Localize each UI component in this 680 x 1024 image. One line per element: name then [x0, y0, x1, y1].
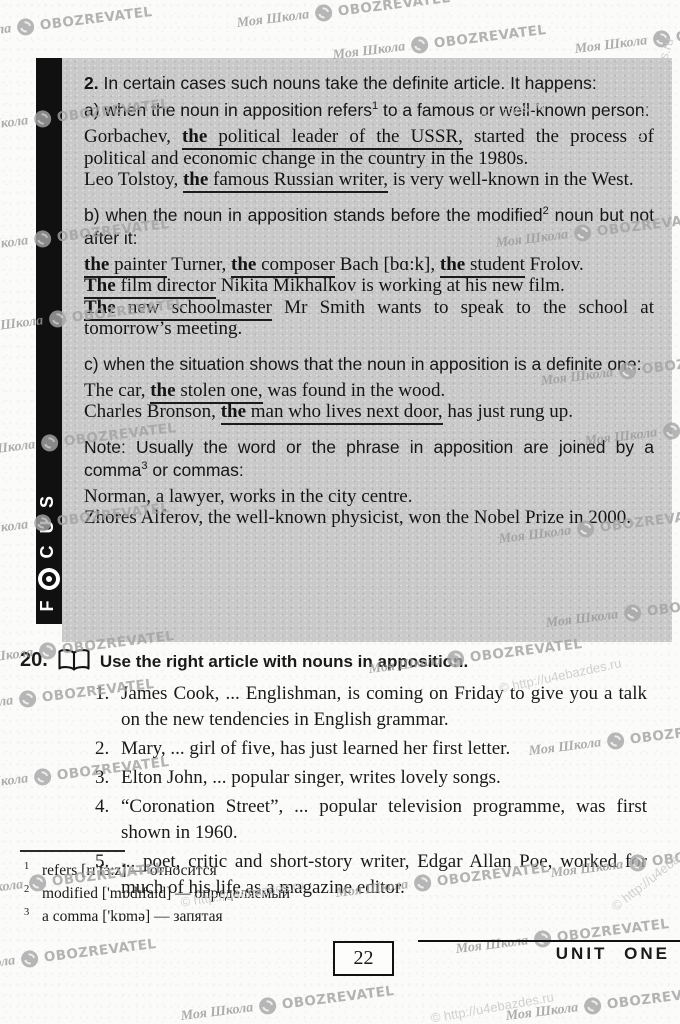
- underlined-apposition: famous Russian writer,: [208, 169, 388, 193]
- watermark-brand-text: OBOZREVATEL: [433, 21, 547, 51]
- obozrevatel-watermark: Моя ШколаOBOZREVATEL: [236, 0, 451, 32]
- focus-paragraph: Charles Bronson, the man who lives next …: [84, 401, 654, 423]
- footnote-list: 1refers [rɪ'fɜ:z] — относится2modified […: [20, 859, 450, 928]
- underlined-apposition: student: [465, 254, 525, 278]
- focus-paragraph: the painter Turner, the composer Bach [b…: [84, 254, 654, 276]
- obozrevatel-logo-icon: [314, 3, 333, 22]
- text-segment: 2.: [84, 73, 99, 93]
- text-segment: or commas:: [148, 460, 244, 480]
- underlined-apposition: the: [150, 380, 175, 404]
- page-number-box: 22: [333, 941, 394, 976]
- text-segment: a) when the noun in apposition refers: [84, 100, 372, 120]
- watermark-school-text: Моя Школа: [505, 1000, 579, 1024]
- exercise-item-number: 3.: [95, 765, 109, 791]
- footnote-text: a comma ['kɒmə] — запятая: [42, 908, 223, 925]
- watermark-school-text: Моя Школа: [0, 233, 29, 258]
- focus-sidebar-bar: SUCF: [36, 58, 62, 624]
- exercise-item-text: James Cook, ... Englishman, is coming on…: [121, 683, 647, 730]
- exercise-item: 4.“Coronation Street”, ... popular telev…: [95, 794, 647, 846]
- watermark-school-text: Моя Школа: [0, 517, 29, 542]
- underlined-apposition: the: [231, 254, 256, 278]
- focus-letter: C: [37, 539, 61, 565]
- watermark-brand-text: OBOZREVATEL: [606, 982, 680, 1012]
- focus-letter: S: [37, 489, 61, 515]
- underlined-apposition: painter: [109, 254, 167, 278]
- exercise-item-text: Mary, ... girl of five, has just learned…: [121, 738, 510, 759]
- text-segment: has just rung up.: [443, 401, 573, 422]
- text-segment: In certain cases such nouns take the def…: [99, 73, 597, 93]
- obozrevatel-logo-icon: [258, 996, 277, 1015]
- focus-paragraph: Zhores Alferov, the well-known physicist…: [84, 507, 654, 529]
- underlined-apposition: The: [84, 275, 116, 299]
- watermark-school-text: Моя Школа: [180, 1000, 254, 1024]
- focus-o-icon: [38, 568, 60, 590]
- exercise-item: 1.James Cook, ... Englishman, is coming …: [95, 681, 647, 733]
- exercise-item-text: Elton John, ... popular singer, writes l…: [121, 767, 501, 788]
- obozrevatel-logo-icon: [410, 35, 429, 54]
- page-number: 22: [354, 947, 374, 970]
- focus-letter: F: [37, 593, 61, 619]
- underlined-apposition: film director: [116, 275, 216, 299]
- footnote-item: 3a comma ['kɒmə] — запятая: [20, 905, 450, 928]
- text-segment: is very well-known in the West.: [388, 169, 634, 190]
- obozrevatel-watermark: Моя ШколаOBOZREVATEL: [180, 982, 395, 1024]
- focus-paragraph: b) when the noun in apposition stands be…: [84, 204, 654, 250]
- focus-paragraph: 2. In certain cases such nouns take the …: [84, 72, 654, 95]
- text-segment: was found in the wood.: [263, 380, 446, 401]
- url-watermark: © http://u4ebazdes.ru: [430, 989, 555, 1024]
- obozrevatel-logo-icon: [16, 17, 35, 36]
- focus-paragraph: Leo Tolstoy, the famous Russian writer, …: [84, 169, 654, 191]
- footnote-divider: [20, 850, 125, 852]
- watermark-brand-text: OBOZREVATEL: [337, 0, 451, 19]
- watermark-brand-text: OBOZREVATEL: [675, 15, 680, 45]
- footnote-marker: 3: [24, 908, 29, 919]
- obozrevatel-watermark: Моя ШколаOBOZREVATEL: [505, 982, 680, 1024]
- footnote-item: 2modified ['mɒdɪfaɪd] — определяемый: [20, 882, 450, 905]
- exercise-number: 20.: [20, 649, 48, 672]
- text-segment: The car,: [84, 380, 150, 401]
- watermark-school-text: Моя Школа: [0, 113, 29, 138]
- watermark-school-text: Моя Школа: [574, 33, 648, 58]
- watermark-school-text: Моя Школа: [0, 693, 14, 718]
- text-segment: b) when the noun in apposition stands be…: [84, 205, 543, 225]
- watermark-school-text: Моя Школа: [236, 7, 310, 32]
- text-segment: Bach [bɑ:k],: [335, 254, 440, 275]
- text-segment: to a famous or well-known person:: [378, 100, 649, 120]
- footnote-marker: 1: [24, 862, 29, 873]
- focus-paragraph: The new schoolmaster Mr Smith wants to s…: [84, 297, 654, 340]
- watermark-brand-text: OBOZREVATEL: [39, 3, 153, 33]
- focus-paragraph: c) when the situation shows that the nou…: [84, 353, 654, 376]
- watermark-school-text: Моя Школа: [0, 21, 12, 46]
- underlined-apposition: composer: [256, 254, 335, 278]
- text-segment: Nikita Mikhalkov is working at his new f…: [216, 275, 565, 296]
- focus-paragraph: Norman, a lawyer, works in the city cent…: [84, 486, 654, 508]
- text-segment: Zhores Alferov, the well-known physicist…: [84, 507, 631, 528]
- underlined-apposition: the: [221, 401, 246, 425]
- watermark-school-text: Моя Школа: [0, 953, 16, 978]
- watermark-brand-text: OBOZREVATEL: [43, 935, 157, 965]
- obozrevatel-watermark: Моя ШколаOBOZREVATEL: [0, 935, 157, 978]
- exercise-item-text: “Coronation Street”, ... popular televis…: [121, 796, 647, 843]
- exercise-item: 2.Mary, ... girl of five, has just learn…: [95, 736, 647, 762]
- text-segment: Charles Bronson,: [84, 401, 221, 422]
- text-segment: Turner,: [167, 254, 231, 275]
- underlined-apposition: the: [84, 254, 109, 278]
- text-segment: Gorbachev,: [84, 126, 182, 147]
- unit-title: UNIT ONE: [418, 940, 680, 964]
- underlined-apposition: The: [84, 297, 116, 321]
- focus-letter: U: [37, 514, 61, 540]
- exercise-item-number: 1.: [95, 681, 109, 707]
- scanned-textbook-page: Моя ШколаOBOZREVATELМоя ШколаOBOZREVATEL…: [0, 0, 680, 1024]
- exercise-header: 20. Use the right article with nouns in …: [20, 648, 672, 672]
- underlined-apposition: the: [183, 169, 208, 193]
- obozrevatel-logo-icon: [20, 949, 39, 968]
- exercise-item-number: 2.: [95, 736, 109, 762]
- underlined-apposition: stolen one,: [176, 380, 263, 404]
- underlined-apposition: the: [440, 254, 465, 278]
- footnote-text: modified ['mɒdɪfaɪd] — определяемый: [42, 885, 290, 902]
- footnotes-section: 1refers [rɪ'fɜ:z] — относится2modified […: [20, 850, 450, 928]
- obozrevatel-watermark: Моя ШколаOBOZREVATEL: [0, 3, 153, 46]
- exercise-item-number: 4.: [95, 794, 109, 820]
- obozrevatel-logo-icon: [583, 996, 602, 1015]
- focus-vertical-label: SUCF: [36, 490, 62, 618]
- focus-paragraph: The film director Nikita Mikhalkov is wo…: [84, 275, 654, 297]
- focus-paragraph: a) when the noun in apposition refers1 t…: [84, 99, 654, 122]
- open-book-icon: [57, 648, 91, 672]
- underlined-apposition: the: [182, 126, 207, 150]
- text-segment: Leo Tolstoy,: [84, 169, 183, 190]
- focus-grammar-box: 2. In certain cases such nouns take the …: [62, 58, 672, 642]
- watermark-brand-text: OBOZREVATEL: [281, 982, 395, 1012]
- text-segment: Frolov.: [525, 254, 584, 275]
- underlined-apposition: new schoolmaster: [116, 297, 272, 321]
- text-segment: c) when the situation shows that the nou…: [84, 354, 641, 374]
- focus-paragraph: The car, the stolen one, was found in th…: [84, 380, 654, 402]
- watermark-school-text: Моя Школа: [0, 437, 36, 462]
- footnote-item: 1refers [rɪ'fɜ:z] — относится: [20, 859, 450, 882]
- obozrevatel-logo-icon: [652, 29, 671, 48]
- focus-paragraph: Gorbachev, the political leader of the U…: [84, 126, 654, 169]
- underlined-apposition: political leader of the USSR,: [207, 126, 463, 150]
- underlined-apposition: man who lives next door,: [246, 401, 443, 425]
- text-segment: Norman, a lawyer, works in the city cent…: [84, 486, 412, 507]
- focus-paragraph: Note: Usually the word or the phrase in …: [84, 436, 654, 482]
- footnote-marker: 2: [24, 885, 29, 896]
- obozrevatel-watermark: Моя ШколаOBOZREVATEL: [574, 15, 680, 58]
- footnote-text: refers [rɪ'fɜ:z] — относится: [42, 862, 217, 879]
- exercise-item: 3.Elton John, ... popular singer, writes…: [95, 765, 647, 791]
- exercise-instruction: Use the right article with nouns in appo…: [100, 649, 468, 672]
